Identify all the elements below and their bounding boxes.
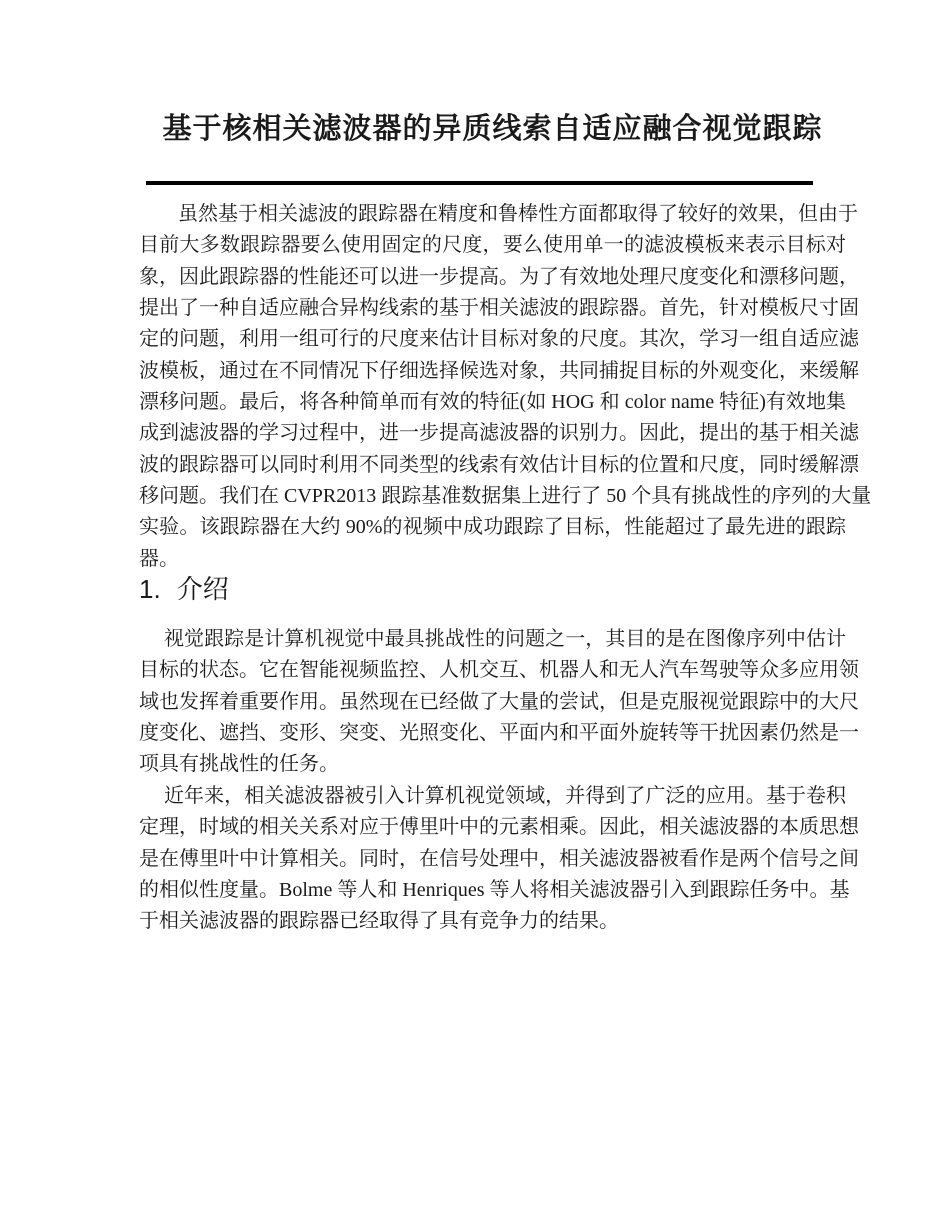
intro-paragraph-2: 近年来，相关滤波器被引入计算机视觉领域，并得到了广泛的应用。基于卷积 定理，时域… (139, 781, 846, 938)
document-page: { "document": { "title": "基于核相关滤波器的异质线索自… (0, 0, 952, 1232)
intro-paragraph-1: 视觉跟踪是计算机视觉中最具挑战性的问题之一，其目的是在图像序列中估计 目标的状态… (139, 624, 846, 781)
abstract-line: 成到滤波器的学习过程中，进一步提高滤波器的识别力。因此，提出的基于相关滤 (139, 418, 846, 449)
paragraph-line: 项具有挑战性的任务。 (139, 749, 846, 780)
paragraph-line: 域也发挥着重要作用。虽然现在已经做了大量的尝试，但是克服视觉跟踪中的大尺 (139, 687, 846, 718)
paragraph-line: 目标的状态。它在智能视频监控、人机交互、机器人和无人汽车驾驶等众多应用领 (139, 655, 846, 686)
paragraph-line: 的相似性度量。Bolme 等人和 Henriques 等人将相关滤波器引入到跟踪… (139, 875, 846, 906)
paragraph-line: 定理，时域的相关关系对应于傅里叶中的元素相乘。因此，相关滤波器的本质思想 (139, 812, 846, 843)
paragraph-line: 是在傅里叶中计算相关。同时，在信号处理中，相关滤波器被看作是两个信号之间 (139, 844, 846, 875)
paragraph-line: 于相关滤波器的跟踪器已经取得了具有竞争力的结果。 (139, 906, 846, 937)
paragraph-line: 度变化、遮挡、变形、突变、光照变化、平面内和平面外旋转等干扰因素仍然是一 (139, 718, 846, 749)
abstract-line: 移问题。我们在 CVPR2013 跟踪基准数据集上进行了 50 个具有挑战性的序… (139, 481, 846, 512)
section-1-heading: 1.介绍 (139, 571, 846, 607)
abstract-paragraph: 虽然基于相关滤波的跟踪器在精度和鲁棒性方面都取得了较好的效果，但由于 目前大多数… (139, 199, 846, 575)
paragraph-line: 近年来，相关滤波器被引入计算机视觉领域，并得到了广泛的应用。基于卷积 (139, 781, 846, 812)
abstract-line: 波模板，通过在不同情况下仔细选择候选对象，共同捕捉目标的外观变化，来缓解 (139, 356, 846, 387)
title-divider-rule (146, 181, 813, 185)
abstract-line: 虽然基于相关滤波的跟踪器在精度和鲁棒性方面都取得了较好的效果，但由于 (139, 199, 846, 230)
abstract-line: 象，因此跟踪器的性能还可以进一步提高。为了有效地处理尺度变化和漂移问题， (139, 262, 846, 293)
section-1-number: 1. (139, 571, 161, 607)
paragraph-line: 视觉跟踪是计算机视觉中最具挑战性的问题之一，其目的是在图像序列中估计 (139, 624, 846, 655)
abstract-line: 定的问题，利用一组可行的尺度来估计目标对象的尺度。其次，学习一组自适应滤 (139, 324, 846, 355)
abstract-line: 目前大多数跟踪器要么使用固定的尺度，要么使用单一的滤波模板来表示目标对 (139, 230, 846, 261)
abstract-line: 漂移问题。最后，将各种简单而有效的特征(如 HOG 和 color name 特… (139, 387, 846, 418)
abstract-line: 实验。该跟踪器在大约 90%的视频中成功跟踪了目标，性能超过了最先进的跟踪 (139, 512, 846, 543)
abstract-line: 提出了一种自适应融合异构线索的基于相关滤波的跟踪器。首先，针对模板尺寸固 (139, 293, 846, 324)
abstract-line: 波的跟踪器可以同时利用不同类型的线索有效估计目标的位置和尺度，同时缓解漂 (139, 450, 846, 481)
page-title: 基于核相关滤波器的异质线索自适应融合视觉跟踪 (139, 109, 846, 149)
section-1-title: 介绍 (177, 574, 229, 604)
